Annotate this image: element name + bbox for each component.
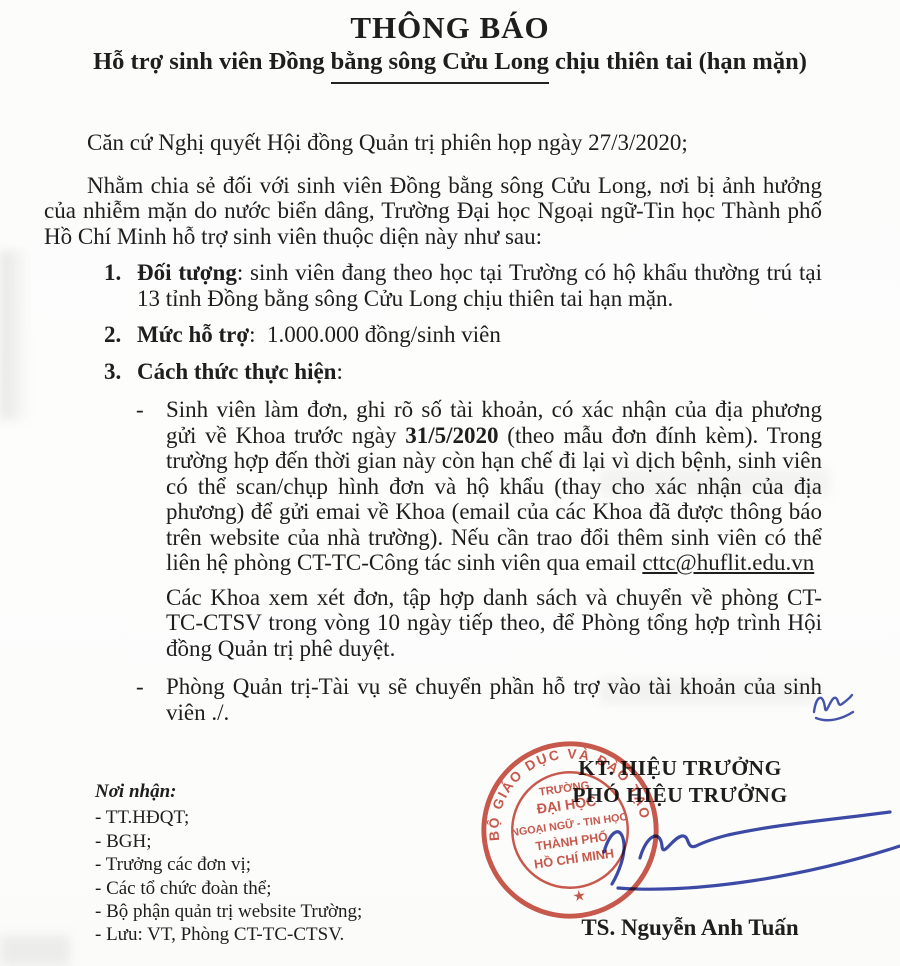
numbered-item-3: 3. Cách thức thực hiện: xyxy=(44,359,822,385)
official-stamp: BỘ GIÁO DỤC VÀ ĐÀO TẠO TRƯỜNG ĐẠI HỌC NG… xyxy=(465,725,675,935)
recipients-block: Nơi nhận: - TT.HĐQT; - BGH; - Trưởng các… xyxy=(95,780,362,947)
dash-bullet-2: - Phòng Quản trị-Tài vụ sẽ chuyển phần h… xyxy=(44,674,822,725)
subtitle-pre: Hỗ trợ sinh viên Đồng xyxy=(93,48,331,75)
scan-smudge xyxy=(0,250,30,420)
recipient-line: - Bộ phận quản trị website Trường; xyxy=(95,900,362,923)
recipient-line: - BGH; xyxy=(95,830,362,853)
numbered-item-2: 2. Mức hỗ trợ: 1.000.000 đồng/sinh viên xyxy=(44,322,822,348)
item-label: Mức hỗ trợ xyxy=(137,322,249,347)
item-text: : 1.000.000 đồng/sinh viên xyxy=(249,322,501,347)
item-number: 1. xyxy=(104,260,137,311)
item-number: 2. xyxy=(104,322,137,348)
item-text: : sinh viên đang theo học tại Trường có … xyxy=(137,260,822,311)
signer-name: TS. Nguyễn Anh Tuấn xyxy=(530,915,850,941)
numbered-item-1: 1. Đối tượng: sinh viên đang theo học tạ… xyxy=(44,260,822,311)
contact-email-link[interactable]: cttc@huflit.edu.vn xyxy=(642,550,814,575)
bullet-dash: - xyxy=(136,397,166,576)
scan-smudge xyxy=(0,935,70,966)
item-text: : xyxy=(336,359,342,384)
document-page: THÔNG BÁO Hỗ trợ sinh viên Đồng bằng sôn… xyxy=(0,0,900,966)
paragraph-intro: Nhằm chia sẻ đối với sinh viên Đồng bằng… xyxy=(44,173,822,250)
recipient-line: - Lưu: VT, Phòng CT-TC-CTSV. xyxy=(95,923,362,946)
handwritten-initials xyxy=(806,682,858,724)
subtitle-underlined: bằng sông Cửu Long xyxy=(331,48,549,84)
recipient-line: - Các tổ chức đoàn thể; xyxy=(95,877,362,900)
recipient-line: - TT.HĐQT; xyxy=(95,806,362,829)
dash-bullet-1: - Sinh viên làm đơn, ghi rõ số tài khoản… xyxy=(44,397,822,576)
item-number: 3. xyxy=(104,359,137,385)
bullet1-subparagraph: Các Khoa xem xét đơn, tập hợp danh sách … xyxy=(166,585,822,662)
subtitle-post: chịu thiên tai (hạn mặn) xyxy=(549,48,807,75)
bullet1-deadline: 31/5/2020 xyxy=(405,423,498,448)
item-label: Cách thức thực hiện xyxy=(137,359,336,384)
paragraph-legal-basis: Căn cứ Nghị quyết Hội đồng Quản trị phiê… xyxy=(44,130,822,156)
item-label: Đối tượng xyxy=(137,260,237,285)
bullet-dash: - xyxy=(136,674,166,725)
doc-subtitle: Hỗ trợ sinh viên Đồng bằng sông Cửu Long… xyxy=(0,48,900,76)
recipients-title: Nơi nhận: xyxy=(95,780,362,803)
doc-title: THÔNG BÁO xyxy=(0,10,900,46)
bullet2-text: Phòng Quản trị-Tài vụ sẽ chuyển phần hỗ … xyxy=(166,674,822,725)
recipient-line: - Trưởng các đơn vị; xyxy=(95,853,362,876)
document-body: Căn cứ Nghị quyết Hội đồng Quản trị phiê… xyxy=(44,130,822,725)
stamp-star-icon: ★ xyxy=(572,888,587,906)
